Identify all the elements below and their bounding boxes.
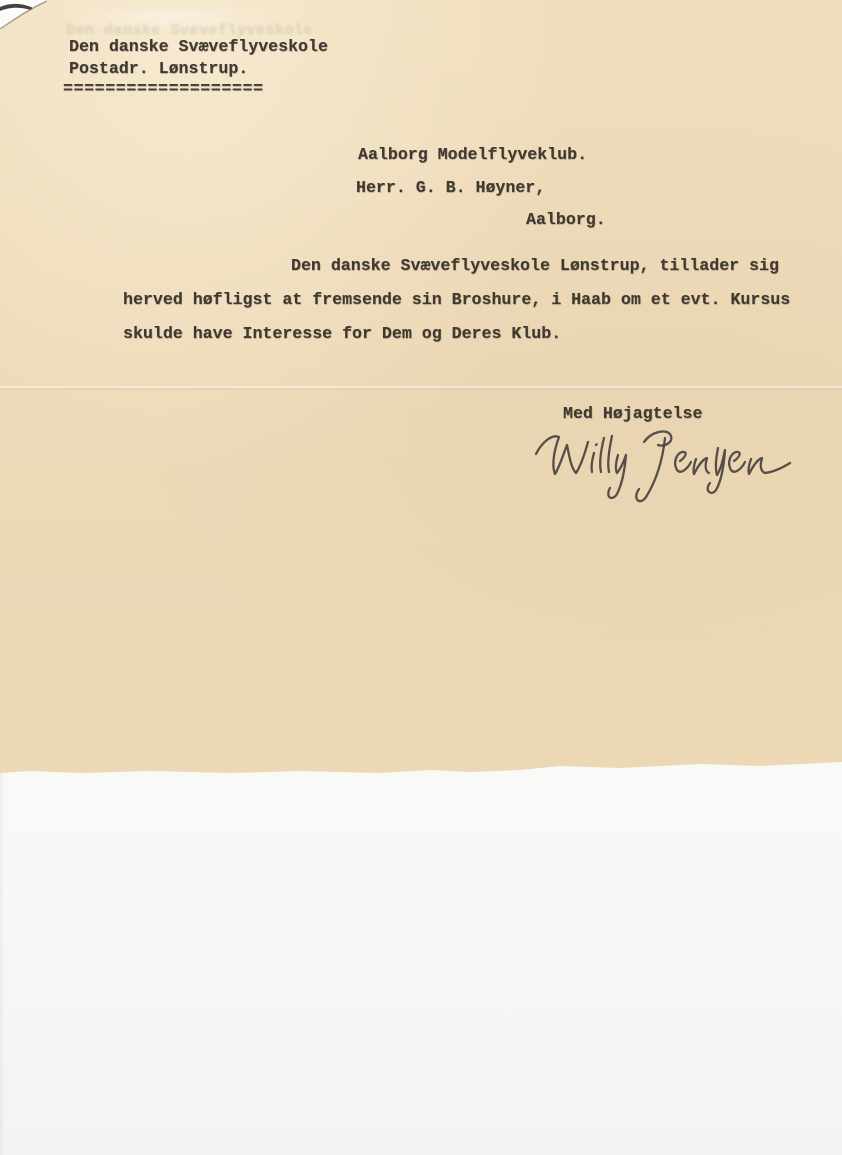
body-line-3: skulde have Interesse for Dem og Deres K… <box>123 323 561 345</box>
fold-crease <box>0 386 842 390</box>
recipient-organization: Aalborg Modelflyveklub. <box>358 144 587 166</box>
recipient-attention: Herr. G. B. Høyner, <box>356 177 545 199</box>
letterhead-underline: =================== <box>63 78 264 100</box>
sender-address: Postadr. Lønstrup. <box>69 58 248 80</box>
handwritten-signature <box>532 420 794 508</box>
body-line-2: herved høfligst at fremsende sin Broshur… <box>123 289 790 311</box>
sender-name: Den danske Svæveflyveskole <box>69 36 328 58</box>
folded-corner-artifact <box>0 0 60 36</box>
recipient-city: Aalborg. <box>526 209 606 231</box>
body-line-1: Den danske Svæveflyveskole Lønstrup, til… <box>291 255 779 277</box>
letter-paper: Den danske Svæveflyveskole Den danske Sv… <box>0 0 842 776</box>
scanned-letter-page: { "letter": { "sender": { "name": "Den d… <box>0 0 842 1155</box>
